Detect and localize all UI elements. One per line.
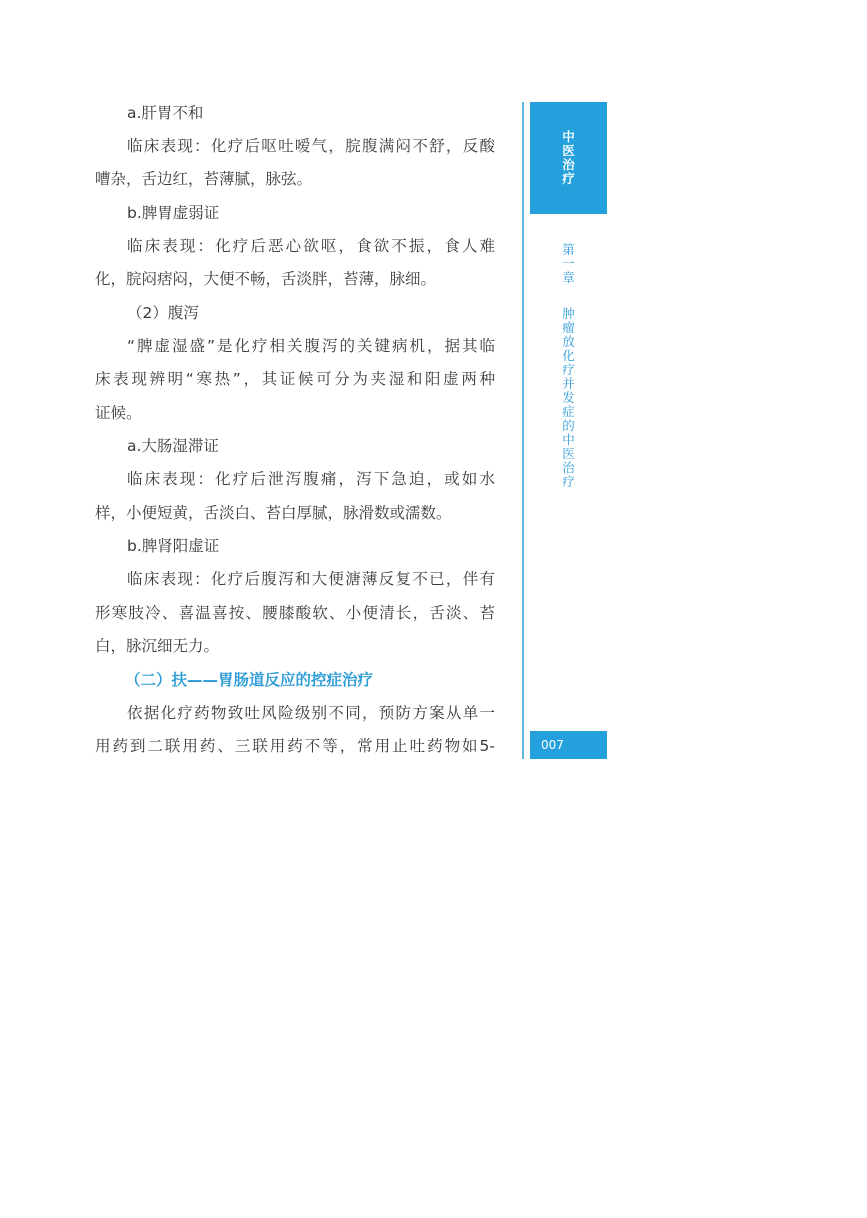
chapter-title-char: 化	[530, 349, 607, 363]
section-tab-char: 中	[530, 130, 607, 144]
chapter-title-char: 治	[530, 461, 607, 475]
column-divider	[522, 102, 524, 759]
body-text-line: 化，脘闷痞闷，大便不畅，舌淡胖，苔薄，脉细。	[95, 269, 436, 289]
item-heading: b.脾肾阳虚证	[127, 536, 219, 556]
section-tab-label: 中 医 治 疗	[530, 130, 607, 186]
chapter-title-char: 放	[530, 335, 607, 349]
item-heading: （2）腹泻	[127, 303, 199, 323]
chapter-running-head: 第 一 章 肿 瘤 放 化 疗 并 发 症 的 中 医 治 疗	[530, 243, 607, 489]
body-text-line: 白，脉沉细无力。	[95, 636, 219, 656]
body-text-line: 用药到二联用药、三联用药不等，常用止吐药物如5-	[95, 736, 495, 756]
chapter-title-char: 肿	[530, 307, 607, 321]
chapter-label-char: 第	[530, 243, 607, 257]
chapter-title-char: 疗	[530, 475, 607, 489]
chapter-title-char: 症	[530, 405, 607, 419]
chapter-label-char: 一	[530, 257, 607, 271]
chapter-title-char: 医	[530, 447, 607, 461]
body-text-line: 证候。	[95, 403, 142, 423]
body-text-line: 形寒肢冷、喜温喜按、腰膝酸软、小便清长，舌淡、苔	[95, 603, 495, 623]
spacer	[530, 285, 607, 307]
chapter-title-char: 发	[530, 391, 607, 405]
section-tab-char: 治	[530, 158, 607, 172]
section-tab-char: 疗	[530, 172, 607, 186]
chapter-title-char: 并	[530, 377, 607, 391]
body-text-line: 样，小便短黄，舌淡白、苔白厚腻，脉滑数或濡数。	[95, 503, 452, 523]
section-tab: 中 医 治 疗	[530, 102, 607, 214]
section-tab-char: 医	[530, 144, 607, 158]
chapter-title-char: 疗	[530, 363, 607, 377]
chapter-title-char: 瘤	[530, 321, 607, 335]
section-subheading: （二）扶——胃肠道反应的控症治疗	[125, 670, 373, 690]
chapter-title-char: 的	[530, 419, 607, 433]
chapter-title-char: 中	[530, 433, 607, 447]
body-text-line: 嘈杂，舌边红，苔薄腻，脉弦。	[95, 169, 312, 189]
item-heading: b.脾胃虚弱证	[127, 203, 219, 223]
item-heading: a.大肠湿滞证	[127, 436, 219, 456]
chapter-label-char: 章	[530, 271, 607, 285]
body-text-line: 临床表现：化疗后恶心欲呕，食欲不振，食人难	[127, 236, 495, 256]
page-number: 007	[530, 731, 607, 759]
body-text-line: 临床表现：化疗后呕吐嗳气，脘腹满闷不舒，反酸	[127, 136, 495, 156]
body-text-line: “脾虚湿盛”是化疗相关腹泻的关键病机，据其临	[127, 336, 495, 356]
body-text-line: 临床表现：化疗后腹泻和大便溏薄反复不已，伴有	[127, 569, 495, 589]
item-heading: a.肝胃不和	[127, 103, 203, 123]
body-text-line: 床表现辨明“寒热”，其证候可分为夹湿和阳虚两种	[95, 369, 495, 389]
body-text-line: 依据化疗药物致吐风险级别不同，预防方案从单一	[127, 703, 495, 723]
body-text-line: 临床表现：化疗后泄泻腹痛，泻下急迫，或如水	[127, 469, 495, 489]
